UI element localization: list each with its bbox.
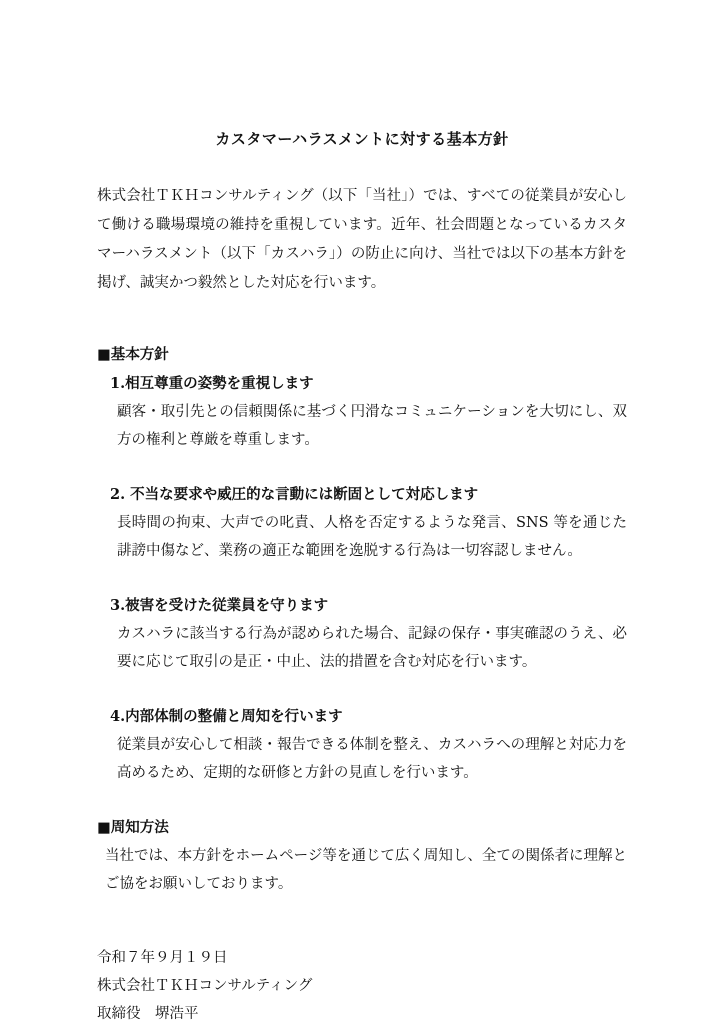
- policy-item-2-title: 2. 不当な要求や威圧的な言動には断固として対応します: [110, 480, 627, 509]
- policy-item-2-body: 長時間の拘束、大声での叱責、人格を否定するような発言、SNS 等を通じた誹謗中傷…: [117, 509, 627, 565]
- policy-item-3: 3.被害を受けた従業員を守ります カスハラに該当する行為が認められた場合、記録の…: [97, 591, 627, 676]
- policy-item-1: 1.相互尊重の姿勢を重視します 顧客・取引先との信頼関係に基づく円滑なコミュニケ…: [97, 369, 627, 454]
- policy-item-4: 4.内部体制の整備と周知を行います 従業員が安心して相談・報告できる体制を整え、…: [97, 702, 627, 787]
- policy-item-3-title: 3.被害を受けた従業員を守ります: [110, 591, 627, 620]
- signature-date: 令和７年９月１９日: [97, 944, 627, 972]
- signature-signer: 取締役 堺浩平: [97, 1000, 627, 1024]
- policy-item-2: 2. 不当な要求や威圧的な言動には断固として対応します 長時間の拘束、大声での叱…: [97, 480, 627, 565]
- section-heading-basic-policy: ■基本方針: [97, 340, 627, 369]
- section-notification: ■周知方法 当社では、本方針をホームページ等を通じて広く周知し、全ての関係者に理…: [97, 813, 627, 898]
- policy-item-3-body: カスハラに該当する行為が認められた場合、記録の保存・事実確認のうえ、必要に応じて…: [117, 620, 627, 676]
- signature-block: 令和７年９月１９日 株式会社ＴＫＨコンサルティング 取締役 堺浩平: [97, 944, 627, 1024]
- policy-item-4-body: 従業員が安心して相談・報告できる体制を整え、カスハラへの理解と対応力を高めるため…: [117, 731, 627, 787]
- section-heading-notification: ■周知方法: [97, 813, 627, 842]
- document-title: カスタマーハラスメントに対する基本方針: [97, 128, 627, 150]
- section-basic-policy: ■基本方針 1.相互尊重の姿勢を重視します 顧客・取引先との信頼関係に基づく円滑…: [97, 340, 627, 787]
- policy-item-1-body: 顧客・取引先との信頼関係に基づく円滑なコミュニケーションを大切にし、双方の権利と…: [117, 398, 627, 454]
- policy-item-4-title: 4.内部体制の整備と周知を行います: [110, 702, 627, 731]
- intro-paragraph: 株式会社ＴＫＨコンサルティング（以下「当社」）では、すべての従業員が安心して働け…: [97, 182, 627, 298]
- signature-company: 株式会社ＴＫＨコンサルティング: [97, 972, 627, 1000]
- section-notification-body: 当社では、本方針をホームページ等を通じて広く周知し、全ての関係者に理解とご協をお…: [105, 842, 627, 898]
- policy-item-1-title: 1.相互尊重の姿勢を重視します: [110, 369, 627, 398]
- document-page: カスタマーハラスメントに対する基本方針 株式会社ＴＫＨコンサルティング（以下「当…: [0, 0, 724, 1024]
